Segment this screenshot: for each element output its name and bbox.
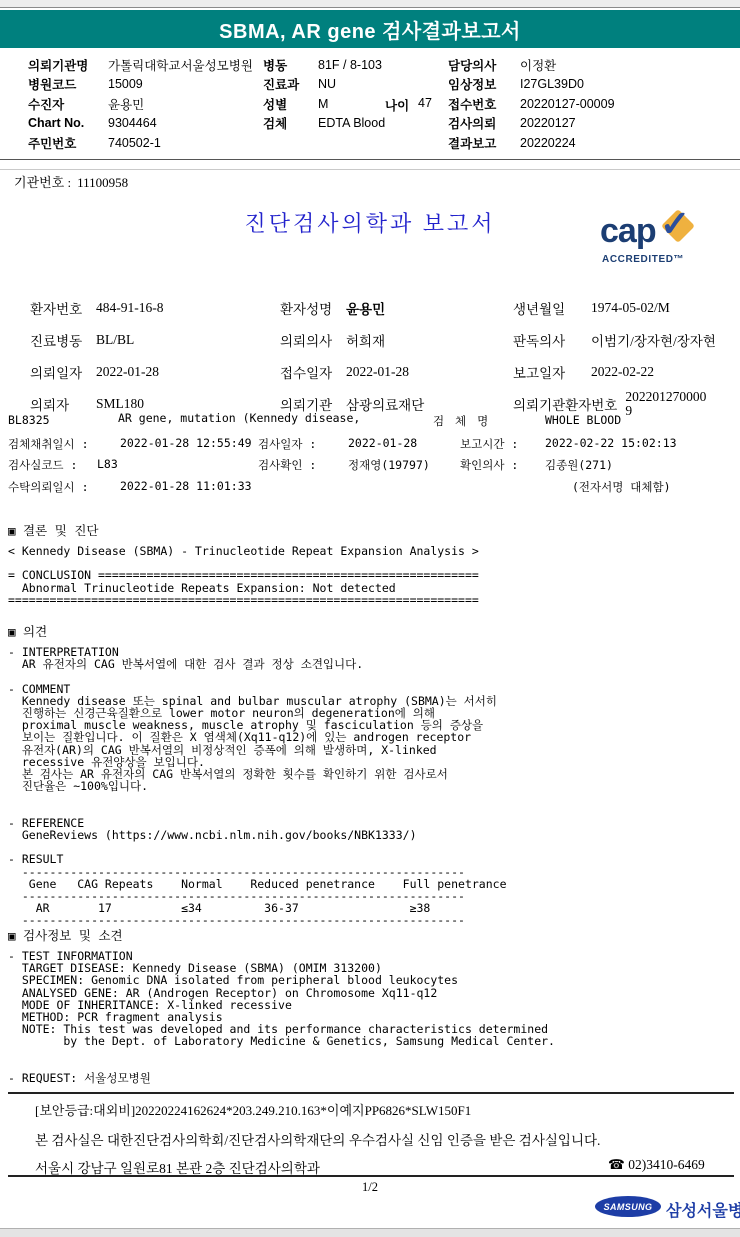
header-col-ward: 병동 81F / 8-103 진료과 NU 성별 M 검체 EDTA Blood bbox=[263, 55, 385, 133]
header-value: EDTA Blood bbox=[318, 116, 385, 130]
patient-value: 2022-01-28 bbox=[96, 364, 159, 380]
hospital-name: 삼성서울병원 bbox=[666, 1198, 740, 1221]
test-name: AR gene, mutation (Kennedy disease, bbox=[118, 411, 360, 425]
header-row: 임상정보 I27GL39D0 bbox=[448, 75, 615, 95]
collected-label: 검체채취일시 : bbox=[8, 436, 89, 452]
header-label: 검사의뢰 bbox=[448, 114, 520, 132]
patient-row: 판독의사 이범기/장자현/장자현 bbox=[513, 324, 716, 356]
cap-accredited-logo: cap ✓ ACCREDITED™ bbox=[600, 212, 716, 274]
header-value: NU bbox=[318, 77, 336, 91]
samsung-logo: SAMSUNG bbox=[595, 1196, 661, 1217]
patient-label: 의뢰자 bbox=[30, 394, 96, 414]
verified-value: 정재영(19797) bbox=[348, 457, 430, 473]
top-strip bbox=[0, 0, 740, 8]
header-value: 20220127 bbox=[520, 116, 576, 130]
phone-icon: ☎ bbox=[608, 1157, 625, 1172]
collected-value: 2022-01-28 12:55:49 bbox=[120, 436, 252, 450]
text-line: - RESULT bbox=[8, 853, 507, 865]
test-date-value: 2022-01-28 bbox=[348, 436, 417, 450]
header-row: 주민번호 740502-1 bbox=[28, 133, 253, 153]
samsung-logo-text: SAMSUNG bbox=[604, 1202, 653, 1212]
report-title: SBMA, AR gene 검사결과보고서 bbox=[219, 15, 521, 44]
header-value: 740502-1 bbox=[108, 136, 161, 150]
patient-row: 의뢰의사 허희재 bbox=[280, 324, 424, 356]
page-number: 1/2 bbox=[0, 1180, 740, 1195]
info-section-body: - TEST INFORMATION TARGET DISEASE: Kenne… bbox=[8, 950, 555, 1084]
header-row: 검사의뢰 20220127 bbox=[448, 114, 615, 134]
divider-line-light bbox=[0, 169, 740, 170]
header-label: 수진자 bbox=[28, 95, 108, 113]
patient-value: 2022-02-22 bbox=[591, 364, 654, 380]
patient-label: 의뢰일자 bbox=[30, 362, 96, 382]
header-row: 수진자 윤용민 bbox=[28, 94, 253, 114]
divider-line bbox=[0, 159, 740, 160]
specimen-label: 검 체 명 bbox=[433, 413, 490, 429]
header-value: M bbox=[318, 97, 328, 111]
cap-checkmark-icon: ✓ bbox=[660, 203, 690, 245]
cap-logo-text: cap bbox=[600, 214, 656, 248]
patient-col-a: 환자번호 484-91-16-8 진료병동 BL/BL 의뢰일자 2022-01… bbox=[30, 292, 164, 420]
patient-row: 진료병동 BL/BL bbox=[30, 324, 164, 356]
lab-code-label: 검사실코드 : bbox=[8, 457, 77, 473]
header-label: 병원코드 bbox=[28, 75, 108, 93]
patient-value: 이범기/장자현/장자현 bbox=[591, 330, 716, 350]
text-line: 유전자(AR)의 CAG 반복서열의 비정상적인 증폭에 의해 발생하며, X-… bbox=[8, 744, 507, 756]
footer-divider-bottom bbox=[8, 1175, 734, 1177]
header-label: 의뢰기관명 bbox=[28, 56, 108, 74]
text-line bbox=[8, 841, 507, 853]
text-line: 진단율은 ~100%입니다. bbox=[8, 780, 507, 792]
patient-row: 환자성명 윤용민 bbox=[280, 292, 424, 324]
header-row: 성별 M bbox=[263, 94, 385, 114]
org-number-value: 11100958 bbox=[77, 175, 128, 190]
header-label: 임상정보 bbox=[448, 75, 520, 93]
header-value: 20220224 bbox=[520, 136, 576, 150]
patient-label: 생년월일 bbox=[513, 298, 591, 318]
text-line: ----------------------------------------… bbox=[8, 914, 507, 926]
text-line: 보이는 질환입니다. 이 질환은 X 염색체(Xq11-q12)에 있는 and… bbox=[8, 731, 507, 743]
esignature-note: (전자서명 대체함) bbox=[572, 479, 671, 495]
header-value: 15009 bbox=[108, 77, 143, 91]
request-datetime-label: 수탁의뢰일시 : bbox=[8, 479, 89, 495]
patient-col-b: 환자성명 윤용민 의뢰의사 허희재 접수일자 2022-01-28 의뢰기관 삼… bbox=[280, 292, 424, 420]
text-line: - COMMENT bbox=[8, 683, 507, 695]
header-value: I27GL39D0 bbox=[520, 77, 584, 91]
patient-label: 판독의사 bbox=[513, 330, 591, 350]
report-time-value: 2022-02-22 15:02:13 bbox=[545, 436, 677, 450]
header-label: 성별 bbox=[263, 95, 318, 113]
header-row: 병동 81F / 8-103 bbox=[263, 55, 385, 75]
text-line bbox=[8, 792, 507, 804]
patient-label: 환자번호 bbox=[30, 298, 96, 318]
text-line bbox=[8, 805, 507, 817]
header-row: 담당의사 이정환 bbox=[448, 55, 615, 75]
text-line: < Kennedy Disease (SBMA) - Trinucleotide… bbox=[8, 545, 479, 557]
physician-label: 확인의사 : bbox=[460, 457, 518, 473]
header-row: Chart No. 9304464 bbox=[28, 114, 253, 134]
header-col-physician: 담당의사 이정환 임상정보 I27GL39D0 접수번호 20220127-00… bbox=[448, 55, 615, 153]
patient-value: 윤용민 bbox=[346, 298, 385, 318]
patient-value: SML180 bbox=[96, 396, 144, 412]
header-label: 결과보고 bbox=[448, 134, 520, 152]
patient-value: 2022012700009 bbox=[625, 390, 709, 418]
header-label: Chart No. bbox=[28, 116, 108, 130]
text-line: - REQUEST: 서울성모병원 bbox=[8, 1072, 555, 1084]
test-code: BL8325 bbox=[8, 413, 50, 427]
header-col-requesting-org: 의뢰기관명 가톨릭대학교서울성모병원 병원코드 15009 수진자 윤용민 Ch… bbox=[28, 55, 253, 153]
patient-label: 의뢰의사 bbox=[280, 330, 346, 350]
patient-label: 환자성명 bbox=[280, 298, 346, 318]
header-row: 진료과 NU bbox=[263, 75, 385, 95]
age-label: 나이 bbox=[385, 96, 409, 114]
patient-label: 보고일자 bbox=[513, 362, 591, 382]
opinion-section-heading: ▣ 의견 bbox=[8, 622, 47, 640]
text-line bbox=[8, 670, 507, 682]
patient-col-c: 생년월일 1974-05-02/M 판독의사 이범기/장자현/장자현 보고일자 … bbox=[513, 292, 716, 420]
header-label: 담당의사 bbox=[448, 56, 520, 74]
request-datetime-value: 2022-01-28 11:01:33 bbox=[120, 479, 252, 493]
info-section-heading: ▣ 검사정보 및 소견 bbox=[8, 926, 123, 944]
text-line: by the Dept. of Laboratory Medicine & Ge… bbox=[8, 1035, 555, 1047]
lab-report-page: SBMA, AR gene 검사결과보고서 의뢰기관명 가톨릭대학교서울성모병원… bbox=[0, 0, 740, 1237]
physician-value: 김종원(271) bbox=[545, 457, 613, 473]
text-line: AR 유전자의 CAG 반복서열에 대한 검사 결과 정상 소견입니다. bbox=[8, 658, 507, 670]
patient-row: 환자번호 484-91-16-8 bbox=[30, 292, 164, 324]
lab-address: 서울시 강남구 일원로81 본관 2층 진단검사의학과 bbox=[35, 1157, 320, 1177]
footer-divider-top bbox=[8, 1092, 734, 1094]
header-row: 접수번호 20220127-00009 bbox=[448, 94, 615, 114]
header-value: 이정환 bbox=[520, 56, 556, 74]
patient-row: 생년월일 1974-05-02/M bbox=[513, 292, 716, 324]
specimen-value: WHOLE BLOOD bbox=[545, 413, 621, 427]
patient-value: BL/BL bbox=[96, 332, 134, 348]
cap-accredited-label: ACCREDITED™ bbox=[602, 254, 684, 265]
patient-value: 2022-01-28 bbox=[346, 364, 409, 380]
text-line: = CONCLUSION ===========================… bbox=[8, 569, 479, 581]
header-value: 9304464 bbox=[108, 116, 157, 130]
certification-line: 본 검사실은 대한진단검사의학회/진단검사의학재단의 우수검사실 신임 인증을 … bbox=[35, 1129, 600, 1149]
text-line: GeneReviews (https://www.ncbi.nlm.nih.go… bbox=[8, 829, 507, 841]
header-row: 병원코드 15009 bbox=[28, 75, 253, 95]
header-value: 81F / 8-103 bbox=[318, 58, 382, 72]
verified-label: 검사확인 : bbox=[258, 457, 316, 473]
header-row: 결과보고 20220224 bbox=[448, 133, 615, 153]
security-line: [보안등급:대외비]20220224162624*203.249.210.163… bbox=[35, 1100, 471, 1119]
phone-number: 02)3410-6469 bbox=[628, 1157, 705, 1172]
header-row: 검체 EDTA Blood bbox=[263, 114, 385, 134]
header-label: 진료과 bbox=[263, 75, 318, 93]
header-label: 검체 bbox=[263, 114, 318, 132]
patient-label: 접수일자 bbox=[280, 362, 346, 382]
header-value: 윤용민 bbox=[108, 95, 144, 113]
lab-phone: ☎ 02)3410-6469 bbox=[608, 1157, 705, 1173]
report-title-banner: SBMA, AR gene 검사결과보고서 bbox=[0, 10, 740, 48]
test-date-label: 검사일자 : bbox=[258, 436, 316, 452]
text-line: SPECIMEN: Genomic DNA isolated from peri… bbox=[8, 974, 555, 986]
age-value: 47 bbox=[418, 96, 432, 110]
text-line: ----------------------------------------… bbox=[8, 866, 507, 878]
patient-row: 의뢰일자 2022-01-28 bbox=[30, 356, 164, 388]
header-label: 접수번호 bbox=[448, 95, 520, 113]
patient-row: 접수일자 2022-01-28 bbox=[280, 356, 424, 388]
org-number-line: 기관번호 :11100958 bbox=[14, 172, 128, 191]
report-time-label: 보고시간 : bbox=[460, 436, 518, 452]
text-line: ANALYSED GENE: AR (Androgen Receptor) on… bbox=[8, 987, 555, 999]
header-label: 주민번호 bbox=[28, 134, 108, 152]
header-value: 20220127-00009 bbox=[520, 97, 615, 111]
text-line: Abnormal Trinucleotide Repeats Expansion… bbox=[8, 582, 479, 594]
org-number-label: 기관번호 : bbox=[14, 175, 71, 190]
patient-value: 484-91-16-8 bbox=[96, 300, 164, 316]
bottom-strip bbox=[0, 1228, 740, 1237]
conclusion-section-body: < Kennedy Disease (SBMA) - Trinucleotide… bbox=[8, 545, 479, 606]
text-line bbox=[8, 1048, 555, 1060]
text-line: ========================================… bbox=[8, 594, 479, 606]
opinion-section-body: - INTERPRETATION AR 유전자의 CAG 반복서열에 대한 검사… bbox=[8, 646, 507, 927]
header-row: 의뢰기관명 가톨릭대학교서울성모병원 bbox=[28, 55, 253, 75]
conclusion-section-heading: ▣ 결론 및 진단 bbox=[8, 521, 98, 539]
header-label: 병동 bbox=[263, 56, 318, 74]
patient-value: 허희재 bbox=[346, 330, 385, 350]
header-value: 가톨릭대학교서울성모병원 bbox=[108, 56, 253, 74]
lab-code-value: L83 bbox=[97, 457, 118, 471]
patient-row: 보고일자 2022-02-22 bbox=[513, 356, 716, 388]
patient-label: 진료병동 bbox=[30, 330, 96, 350]
patient-value: 1974-05-02/M bbox=[591, 300, 670, 316]
patient-label: 의뢰기관환자번호 bbox=[513, 394, 617, 414]
